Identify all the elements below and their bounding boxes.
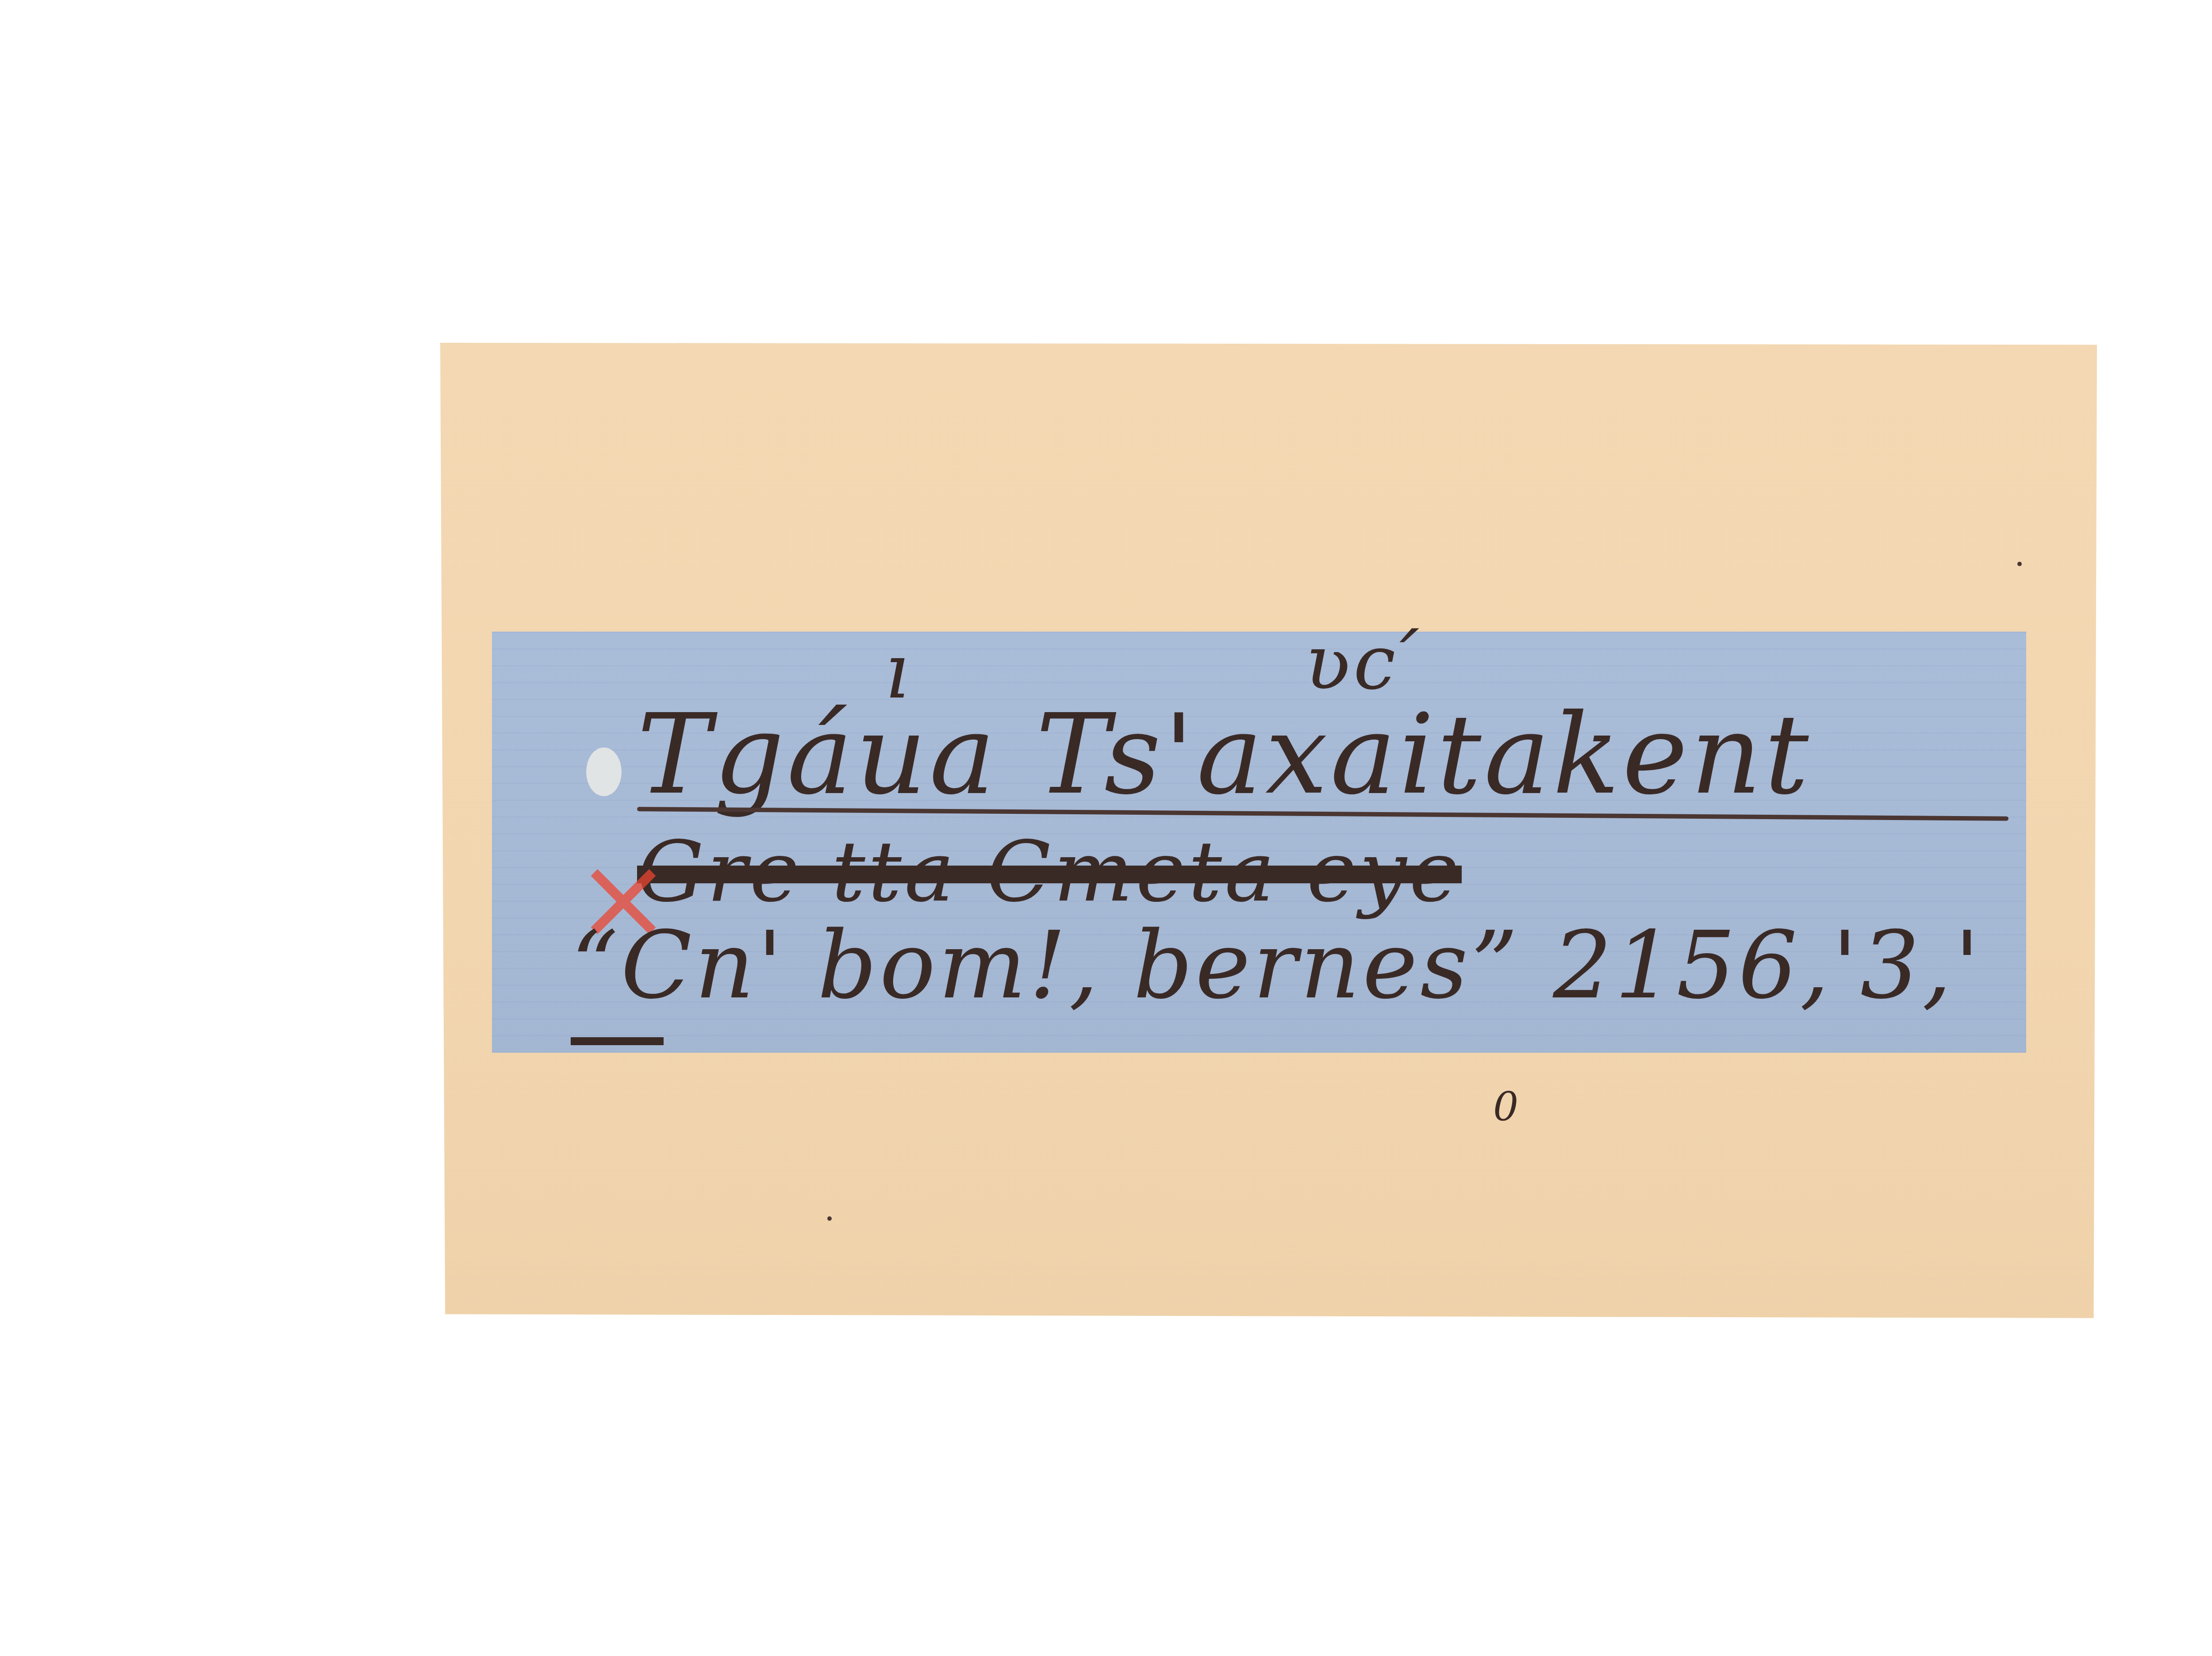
- paper-stain: [586, 747, 622, 796]
- ink-dot: [827, 1216, 832, 1221]
- ink-edge-mark: [571, 1037, 664, 1045]
- handwritten-line-3: “Cn' bom!, bernes” 2156,'3,': [571, 911, 1982, 1020]
- ink-dot: [2017, 562, 2022, 566]
- card-annotation-zero: 0: [1493, 1084, 1521, 1130]
- handwritten-line-2-struck: Gre tta Cmeta eye: [637, 823, 1462, 920]
- handwritten-line-1: Tgáua Ts'axaitakent: [637, 690, 1811, 819]
- struck-text: Gre tta Cmeta eye: [637, 823, 1462, 920]
